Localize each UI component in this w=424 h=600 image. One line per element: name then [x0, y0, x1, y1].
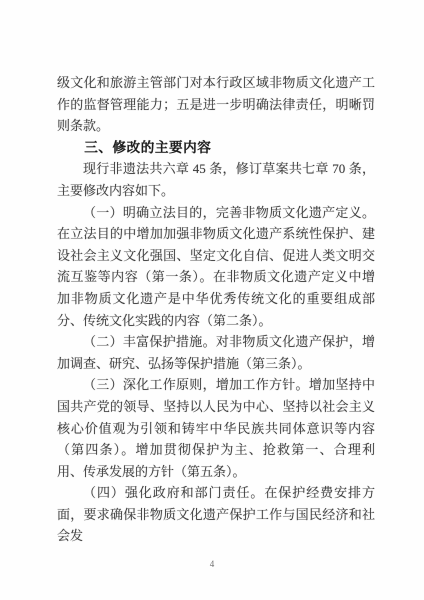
paragraph-item-4: （四）强化政府和部门责任。在保护经费安排方面，要求确保非物质文化遗产保护工作与国… [57, 482, 375, 547]
paragraph-continuation: 级文化和旅游主管部门对本行政区域非物质文化遗产工作的监督管理能力；五是进一步明确… [57, 72, 375, 137]
paragraph-item-1: （一）明确立法目的，完善非物质文化遗产定义。在立法目的中增加加强非物质文化遗产系… [57, 202, 375, 332]
document-text-block: 级文化和旅游主管部门对本行政区域非物质文化遗产工作的监督管理能力；五是进一步明确… [57, 72, 375, 547]
paragraph-item-2: （二）丰富保护措施。对非物质文化遗产保护，增加调查、研究、弘扬等保护措施（第三条… [57, 331, 375, 374]
page-number: 4 [0, 559, 424, 569]
section-heading-main-revisions: 三、修改的主要内容 [57, 137, 375, 159]
paragraph-item-3: （三）深化工作原则，增加工作方针。增加坚持中国共产党的领导、坚持以人民为中心、坚… [57, 374, 375, 482]
paragraph-overview: 现行非遗法共六章 45 条，修订草案共七章 70 条，主要修改内容如下。 [57, 158, 375, 201]
document-page: 级文化和旅游主管部门对本行政区域非物质文化遗产工作的监督管理能力；五是进一步明确… [0, 0, 424, 600]
